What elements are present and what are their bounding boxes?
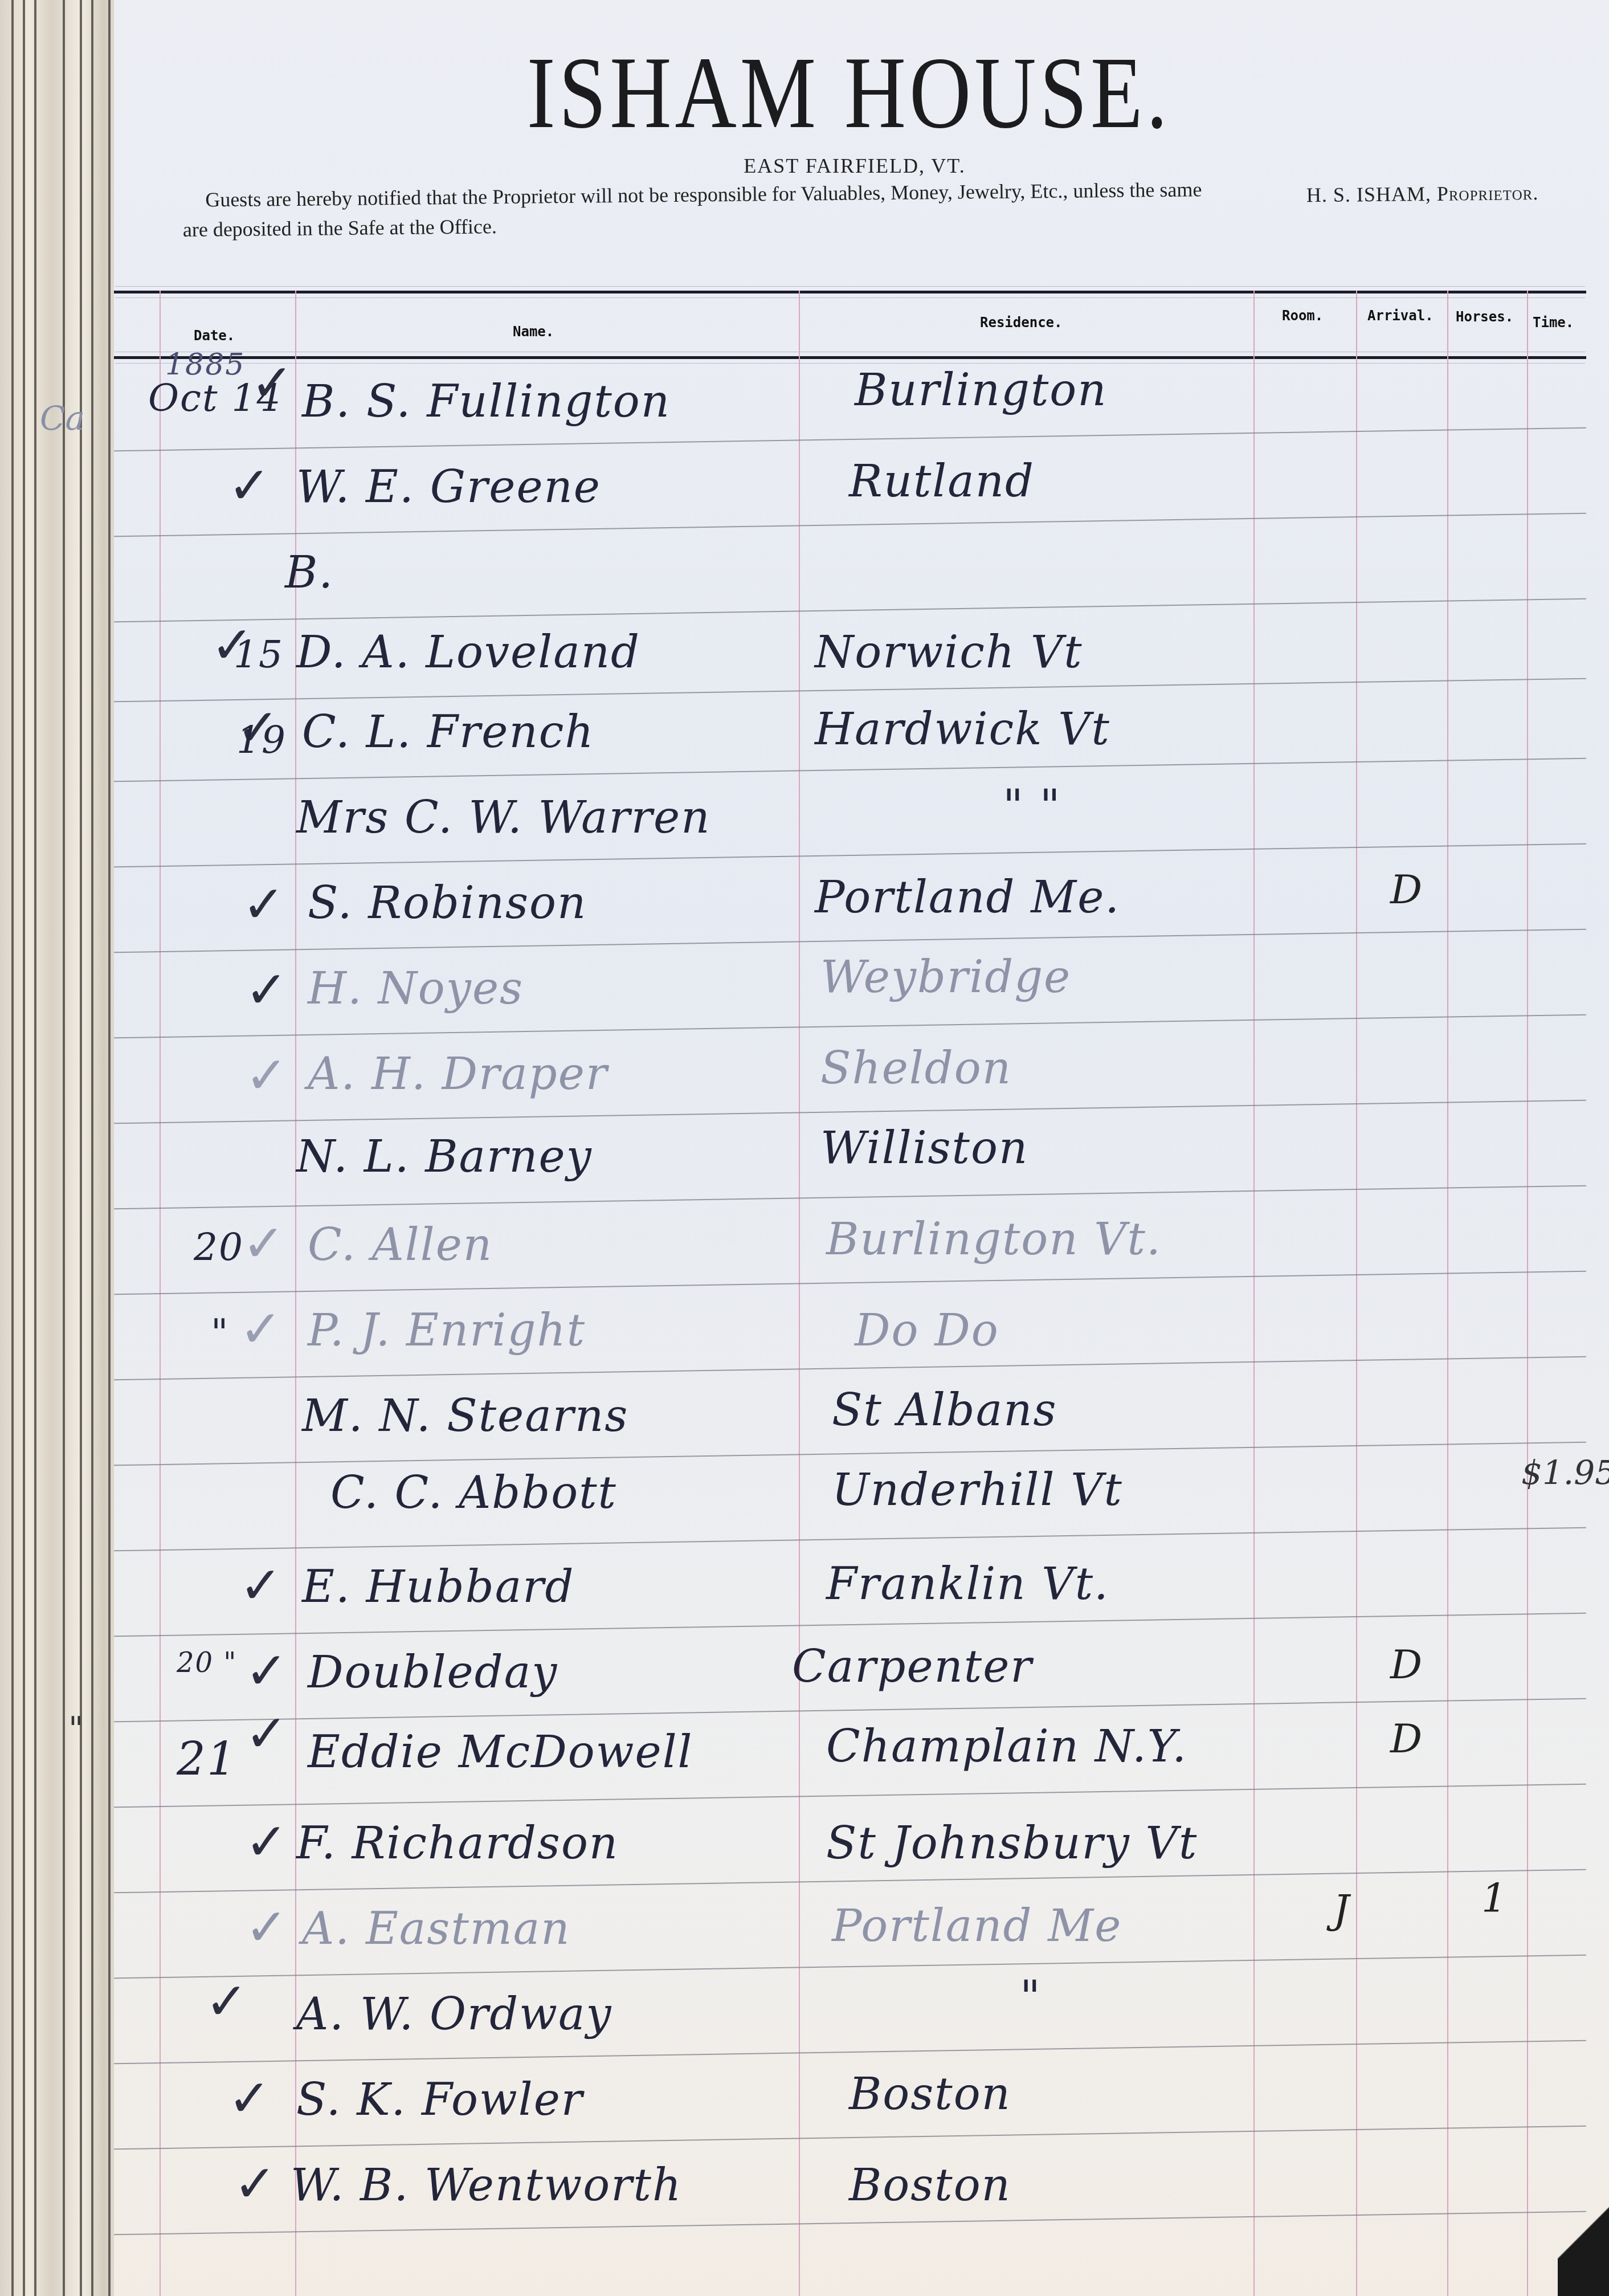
entry-name: Mrs C. W. Warren bbox=[296, 792, 710, 843]
entry-name: A. Eastman bbox=[302, 1903, 570, 1955]
col-name: Name. bbox=[513, 324, 554, 340]
register-entry: ✓ A. W. Ordway " bbox=[114, 1989, 1609, 2074]
liability-notice: Guests are hereby notified that the Prop… bbox=[182, 170, 1573, 244]
register-entry: ✓ W. E. Greene Rutland bbox=[114, 462, 1609, 547]
entry-name: S. Robinson bbox=[308, 878, 587, 929]
entry-residence: Weybridge bbox=[820, 952, 1071, 1003]
entry-residence: Do Do bbox=[855, 1305, 999, 1356]
entry-name: H. Noyes bbox=[308, 963, 524, 1014]
check-mark-icon: ✓ bbox=[245, 1046, 288, 1106]
entry-residence: Burlington bbox=[855, 365, 1107, 416]
entry-name: E. Hubbard bbox=[302, 1561, 574, 1613]
entry-date: " bbox=[211, 1311, 229, 1355]
entry-residence: Boston bbox=[849, 2069, 1011, 2120]
register-entry: C. C. Abbott Underhill Vt $1.95 bbox=[114, 1476, 1609, 1561]
col-date: Date. bbox=[194, 328, 235, 344]
entry-date: 19 bbox=[236, 718, 287, 762]
entry-name: P. J. Enright bbox=[308, 1305, 586, 1356]
check-mark-icon: ✓ bbox=[245, 1641, 288, 1701]
register-entry: ✓ E. Hubbard Franklin Vt. bbox=[114, 1561, 1609, 1647]
entry-name: C. C. Abbott bbox=[330, 1467, 617, 1519]
entry-residence: Portland Me. bbox=[815, 872, 1120, 923]
entry-residence: Carpenter bbox=[792, 1641, 1033, 1693]
register-entry: Mrs C. W. Warren " " bbox=[114, 792, 1609, 878]
entry-arrival: D bbox=[1390, 1715, 1422, 1762]
register-entry: ✓ F. Richardson St Johnsbury Vt bbox=[114, 1818, 1609, 1903]
check-mark-icon: ✓ bbox=[242, 1214, 285, 1274]
entry-name: B. S. Fullington bbox=[302, 376, 671, 427]
entry-margin-note: $1.95 bbox=[1521, 1453, 1609, 1492]
entry-date: 15 bbox=[234, 633, 284, 676]
entry-arrival: D bbox=[1390, 1641, 1422, 1688]
entry-date: 21 bbox=[177, 1732, 237, 1785]
entry-name: Doubleday bbox=[308, 1647, 558, 1698]
register-entry: ✓ W. B. Wentworth Boston bbox=[114, 2160, 1609, 2245]
page-corner-shadow bbox=[1558, 2148, 1609, 2296]
register-entry: Oct 14 ✓ B. S. Fullington Burlington bbox=[114, 376, 1609, 462]
column-headers: Date. Name. Residence. Room. Arrival. Ho… bbox=[114, 302, 1609, 353]
check-mark-icon: ✓ bbox=[234, 2154, 276, 2214]
entry-residence: " " bbox=[1003, 781, 1061, 832]
entry-residence: Hardwick Vt bbox=[815, 704, 1110, 755]
entry-name: B. bbox=[285, 547, 334, 598]
register-entry: M. N. Stearns St Albans bbox=[114, 1390, 1609, 1476]
entry-name: N. L. Barney bbox=[296, 1131, 593, 1182]
entry-residence: Champlain N.Y. bbox=[826, 1721, 1187, 1772]
register-entry: ✓ A. H. Draper Sheldon bbox=[114, 1049, 1609, 1134]
entry-name: M. N. Stearns bbox=[302, 1390, 628, 1442]
check-mark-icon: ✓ bbox=[245, 1898, 288, 1957]
col-room: Room. bbox=[1282, 308, 1323, 324]
entry-residence: " bbox=[1020, 1972, 1042, 2023]
entry-residence: Franklin Vt. bbox=[826, 1559, 1109, 1610]
entry-residence: Norwich Vt bbox=[815, 627, 1083, 678]
register-entry: ✓ S. Robinson Portland Me. D bbox=[114, 878, 1609, 963]
entry-residence: Boston bbox=[849, 2160, 1011, 2211]
register-entry: ✓ S. K. Fowler Boston bbox=[114, 2074, 1609, 2160]
check-mark-icon: ✓ bbox=[245, 960, 288, 1020]
entry-name: C. L. French bbox=[302, 707, 595, 758]
entry-arrival: D bbox=[1390, 866, 1422, 913]
entry-name: Eddie McDowell bbox=[308, 1727, 693, 1778]
entry-residence: Underhill Vt bbox=[832, 1465, 1123, 1516]
check-mark-icon: ✓ bbox=[245, 1812, 288, 1872]
entry-name: S. K. Fowler bbox=[296, 2074, 583, 2126]
entry-name: W. E. Greene bbox=[296, 462, 601, 513]
check-mark-icon: ✓ bbox=[239, 1556, 282, 1616]
entry-residence: Williston bbox=[820, 1123, 1028, 1174]
check-mark-icon: ✓ bbox=[205, 1972, 248, 2032]
check-mark-icon: ✓ bbox=[228, 2069, 271, 2128]
hotel-location: EAST FAIRFIELD, VT. bbox=[684, 154, 1026, 178]
register-entry: ✓ A. Eastman Portland Me J 1 bbox=[114, 1903, 1609, 1989]
col-time: Time. bbox=[1533, 315, 1574, 331]
register-entry: B. bbox=[114, 547, 1609, 633]
check-mark-icon: ✓ bbox=[239, 1299, 282, 1359]
entry-name: W. B. Wentworth bbox=[291, 2160, 682, 2211]
entry-date: 20 " bbox=[177, 1647, 237, 1679]
col-residence: Residence. bbox=[980, 315, 1063, 331]
entry-residence: Rutland bbox=[849, 456, 1035, 507]
entry-residence: Sheldon bbox=[820, 1043, 1012, 1094]
check-mark-icon: ✓ bbox=[242, 875, 285, 935]
check-mark-icon: ✓ bbox=[245, 1704, 288, 1764]
entry-residence: Burlington Vt. bbox=[826, 1214, 1162, 1265]
notice-line-2: are deposited in the Safe at the Office. bbox=[183, 211, 497, 244]
col-horses: Horses. bbox=[1456, 309, 1513, 325]
register-entry: ✓ H. Noyes Weybridge bbox=[114, 963, 1609, 1049]
entry-residence: St Johnsbury Vt bbox=[826, 1818, 1198, 1869]
register-page: ISHAM HOUSE. EAST FAIRFIELD, VT. Guests … bbox=[114, 0, 1609, 2296]
col-arrival: Arrival. bbox=[1367, 308, 1434, 324]
entry-residence: Portland Me bbox=[832, 1901, 1122, 1952]
header-rule-top bbox=[114, 291, 1586, 293]
register-ledger: Date. Name. Residence. Room. Arrival. Ho… bbox=[114, 268, 1609, 2296]
entry-residence: St Albans bbox=[832, 1385, 1057, 1436]
register-entry: 20 " ✓ Doubleday Carpenter D bbox=[114, 1647, 1609, 1732]
entry-name: F. Richardson bbox=[296, 1818, 619, 1869]
entry-room: J bbox=[1333, 1886, 1349, 1933]
entry-name: A. W. Ordway bbox=[296, 1989, 612, 2040]
register-entry: 20 ✓ C. Allen Burlington Vt. bbox=[114, 1220, 1609, 1305]
hotel-title: ISHAM HOUSE. bbox=[479, 34, 1219, 152]
register-entry: ✓ 19 C. L. French Hardwick Vt bbox=[114, 707, 1609, 792]
left-margin-note: " bbox=[68, 1710, 84, 1748]
entry-name: D. A. Loveland bbox=[296, 627, 640, 678]
register-entry: 21 ✓ Eddie McDowell Champlain N.Y. D bbox=[114, 1732, 1609, 1818]
register-entry: " ✓ P. J. Enright Do Do bbox=[114, 1305, 1609, 1390]
entry-name: C. Allen bbox=[308, 1220, 493, 1271]
check-mark-icon: ✓ bbox=[228, 456, 271, 516]
entry-horses: 1 bbox=[1481, 1875, 1507, 1922]
left-margin-note: Ca bbox=[40, 399, 85, 438]
entry-date: 20 bbox=[194, 1225, 244, 1269]
check-mark-icon: ✓ bbox=[251, 353, 293, 413]
page-header: ISHAM HOUSE. EAST FAIRFIELD, VT. Guests … bbox=[114, 0, 1609, 274]
entry-name: A. H. Draper bbox=[308, 1049, 608, 1100]
register-entry: N. L. Barney Williston bbox=[114, 1134, 1609, 1220]
header-rule-bottom bbox=[114, 356, 1586, 359]
proprietor-name: H. S. ISHAM, Proprietor. bbox=[1306, 178, 1539, 233]
register-entry: ✓ 15 D. A. Loveland Norwich Vt bbox=[114, 627, 1609, 712]
